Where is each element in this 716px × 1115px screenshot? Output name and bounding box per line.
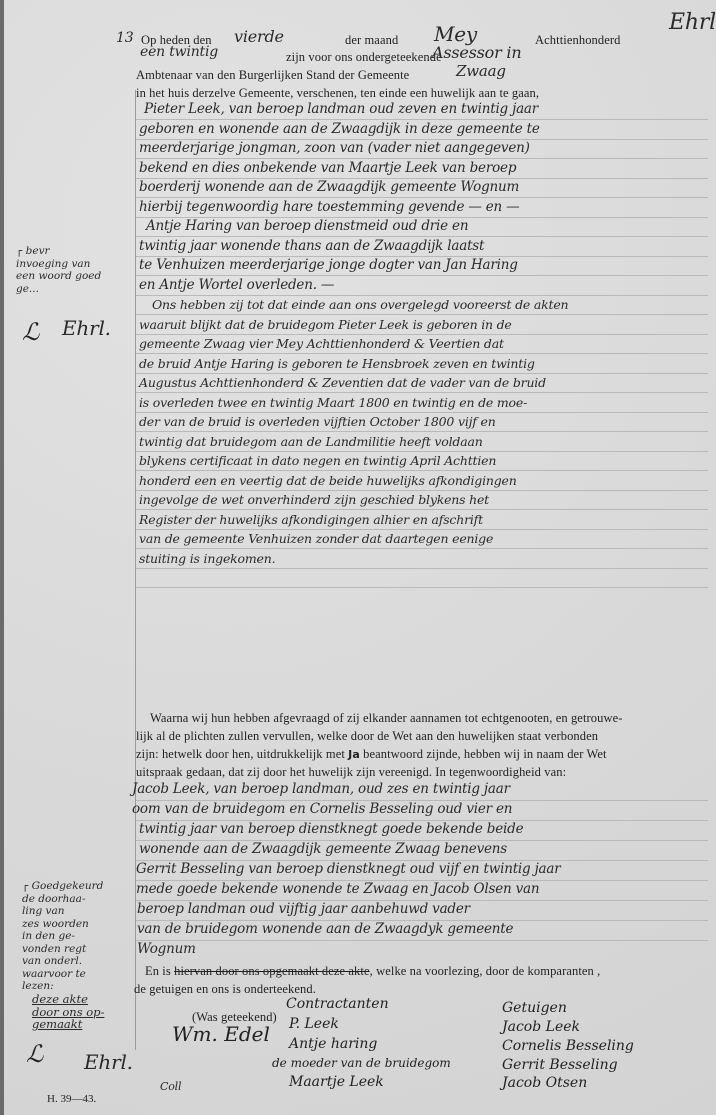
witnesses-label: Getuigen — [502, 1000, 567, 1016]
closing-line-3a: zijn: hetwelk door hen, uitdrukkelijk me… — [136, 747, 345, 761]
body-line: honderd een en veertig dat de beide huwe… — [139, 471, 517, 491]
body-line: is overleden twee en twintig Maart 1800 … — [139, 393, 527, 413]
closing-line-3b: beantwoord zijnde, hebben wij in naam de… — [363, 747, 606, 761]
corner-initials: Ehrl. — [669, 10, 716, 35]
body-line: twintig dat bruidegom aan de Landmilitie… — [139, 432, 483, 452]
witness-line: beroep landman oud vijftig jaar aanbehuw… — [137, 900, 470, 920]
margin-initials-1: Ehrl. — [62, 316, 111, 340]
body-line: der van de bruid is overleden vijftien O… — [139, 412, 496, 432]
body-line: en Antje Wortel overleden. — — [139, 276, 334, 296]
witness-line: oom van de bruidegom en Cornelis Besseli… — [132, 800, 512, 820]
contractant-signature: Maartje Leek — [289, 1074, 384, 1090]
witness-line: Jacob Leek, van beroep landman, oud zes … — [132, 780, 510, 800]
margin-initials-2: Ehrl. — [84, 1050, 133, 1074]
printed-closing-line-4: uitspraak gedaan, dat zij door het huwel… — [136, 765, 566, 780]
printed-month-label: der maand — [345, 33, 398, 48]
printed-final-line-1: En is hiervan door ons opgemaakt deze ak… — [145, 964, 600, 979]
body-line: geboren en wonende aan de Zwaagdijk in d… — [139, 120, 540, 140]
printed-closing-line-3: zijn: hetwelk door hen, uitdrukkelijk me… — [136, 747, 607, 762]
body-line: Ons hebben zij tot dat einde aan ons ove… — [152, 295, 568, 315]
final-line-1a: En is — [145, 964, 171, 978]
printed-appeared-line: in het huis derzelve Gemeente, verschene… — [136, 86, 539, 101]
printed-closing-line-1: Waarna wij hun hebben afgevraagd of zij … — [150, 711, 623, 726]
witness-line: wonende aan de Zwaagdijk gemeente Zwaag … — [139, 840, 507, 860]
official-signature: Wm. Edel — [172, 1022, 270, 1046]
form-code: H. 39—43. — [47, 1093, 96, 1105]
body-line: waaruit blijkt dat de bruidegom Pieter L… — [139, 315, 512, 335]
margin-paraph-1: ℒ — [22, 318, 39, 346]
body-line: Register der huwelijks afkondigingen alh… — [139, 510, 483, 530]
body-line: stuiting is ingekomen. — [139, 549, 275, 569]
ruled-line — [136, 587, 708, 588]
body-line: twintig jaar wonende thans aan de Zwaagd… — [139, 237, 484, 257]
printed-year-label: Achttienhonderd — [535, 33, 621, 48]
contractant-signature: Antje haring — [289, 1036, 377, 1052]
witness-line: Wognum — [137, 940, 196, 960]
margin-note-approval-2: ┌ Goedgekeurd de doorhaa- ling van zes w… — [22, 880, 103, 993]
witness-line: Gerrit Besseling van beroep dienstknegt … — [136, 860, 561, 880]
entry-number: 13 — [116, 30, 133, 46]
witness-line: twintig jaar van beroep dienstknegt goed… — [139, 820, 523, 840]
struck-text: hiervan door ons opgemaakt deze akte — [174, 964, 370, 978]
body-line: hierbij tegenwoordig hare toestemming ge… — [139, 198, 519, 218]
margin-note-replacement-text: deze akte door ons op- gemaakt — [32, 993, 104, 1031]
final-line-1b: , welke na voorlezing, door de komparant… — [370, 964, 601, 978]
body-line: Augustus Achttienhonderd & Zeventien dat… — [139, 373, 546, 393]
witness-signature: Gerrit Besseling — [502, 1057, 618, 1073]
margin-paraph-2: ℒ — [26, 1040, 43, 1068]
printed-ambtenaar-line: Ambtenaar van den Burgerlijken Stand der… — [136, 68, 409, 83]
witness-line: mede goede bekende wonende te Zwaag en J… — [136, 880, 539, 900]
filled-official: Assessor in — [432, 43, 521, 62]
margin-note-approval-1: ┌ bevr invoeging van een woord goed ge..… — [16, 245, 101, 295]
body-line: Antje Haring van beroep dienstmeid oud d… — [146, 217, 468, 237]
printed-final-line-2: de getuigen en ons is onderteekend. — [134, 982, 316, 997]
witness-signature: Jacob Leek — [502, 1019, 580, 1035]
body-line: de bruid Antje Haring is geboren te Hens… — [139, 354, 535, 374]
answer-ja: Ja — [348, 748, 360, 761]
body-line: meerderjarige jongman, zoon van (vader n… — [139, 139, 530, 159]
body-line: ingevolge de wet onverhinderd zijn gesch… — [139, 490, 489, 510]
witness-signature: Jacob Otsen — [502, 1075, 587, 1091]
register-page: 13 Op heden den vierde der maand Mey Ach… — [4, 0, 716, 1115]
witness-signature: Cornelis Besseling — [502, 1038, 634, 1054]
printed-closing-line-2: lijk al de plichten zullen vervullen, we… — [136, 729, 598, 744]
body-line: blykens certificaat in dato negen en twi… — [139, 451, 496, 471]
body-line: te Venhuizen meerderjarige jonge dogter … — [139, 256, 518, 276]
filled-day: vierde — [234, 27, 284, 46]
contractants-label: Contractanten — [286, 996, 389, 1012]
body-line: gemeente Zwaag vier Mey Achttienhonderd … — [139, 334, 504, 354]
margin-rule — [135, 90, 136, 1050]
witness-line: van de bruidegom wonende aan de Zwaagdyk… — [137, 920, 513, 940]
coll-note: Coll — [160, 1080, 181, 1093]
body-line: Pieter Leek, van beroep landman oud zeve… — [144, 100, 538, 120]
body-line: boerderij wonende aan de Zwaagdijk gemee… — [139, 178, 519, 198]
body-line: van de gemeente Venhuizen zonder dat daa… — [139, 529, 493, 549]
contractant-signature: de moeder van de bruidegom — [272, 1056, 451, 1070]
filled-municipality: Zwaag — [456, 62, 506, 80]
contractant-signature: P. Leek — [289, 1016, 339, 1032]
body-line: bekend en dies onbekende van Maartje Lee… — [139, 159, 516, 179]
filled-year-words: een twintig — [140, 44, 218, 60]
ruled-line — [136, 940, 708, 941]
printed-official-label: zijn voor ons ondergeteekende — [286, 50, 442, 65]
